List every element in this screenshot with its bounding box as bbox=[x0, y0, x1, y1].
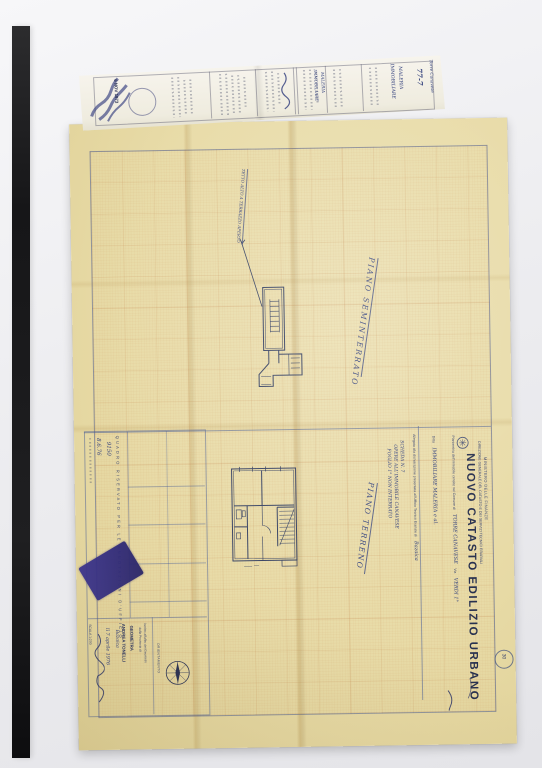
ditta-line: Ditta IMMOBILIARE MALERIA e al. bbox=[424, 428, 446, 698]
mod-circle: 30 bbox=[494, 650, 513, 669]
photo-left-edge-strip bbox=[12, 26, 30, 758]
via-label: Via bbox=[453, 568, 457, 573]
handwriting-squiggle bbox=[277, 71, 293, 112]
surveyor-title: GEOMETRA bbox=[129, 626, 135, 710]
surveyor-signature bbox=[91, 630, 105, 706]
receipt-ref: 77-7 bbox=[415, 68, 426, 106]
comune-value: TORRE CANAVESE bbox=[451, 514, 458, 564]
title-block: MINISTERO DELLE FINANZE DIREZIONE GENERA… bbox=[418, 425, 494, 700]
orientation-label: ORIENTAMENTO bbox=[156, 643, 161, 707]
micro-text bbox=[89, 438, 92, 484]
allegata-label: Allegata alla dichiarazione presentata a… bbox=[412, 434, 418, 537]
surveyor-name: ANDREA TONELLI bbox=[121, 624, 127, 710]
planimetry-sheet: TETTO ALTO A TERRAZZO APERTO PIANO SEMIN… bbox=[69, 118, 517, 751]
seminterrato-floor-plan bbox=[258, 287, 303, 387]
ditta-label: Ditta bbox=[432, 436, 436, 443]
office-ref-number: 9150 bbox=[105, 442, 112, 486]
allegata-line: Allegata alla dichiarazione presentata a… bbox=[405, 428, 427, 698]
mod-number: 30 bbox=[500, 654, 506, 660]
cert-divider bbox=[88, 616, 207, 619]
compass-icon bbox=[164, 655, 193, 693]
planimetria-line: Planimetria dell'immobile censito nel Co… bbox=[444, 427, 466, 697]
albo-line-1: iscritto all'albo dei Geometri bbox=[143, 623, 148, 709]
photo-of-cadastral-document: 6 NOV 1973 IMMOBILIARE MALERIA IMMOBILIA… bbox=[0, 0, 542, 768]
office-ref-date: 8.6.76 bbox=[95, 438, 102, 494]
ute-value: Bazaica bbox=[413, 541, 419, 561]
purple-ink-stamp bbox=[78, 541, 144, 601]
via-value: VERDI 1° bbox=[452, 578, 458, 602]
cert-column-line bbox=[152, 617, 155, 714]
leader-line bbox=[241, 240, 262, 306]
terreno-floor-plan bbox=[232, 466, 298, 567]
office-annotations-box: QUADRO RISERVATO PER LE ANNOTAZIONI D'UF… bbox=[84, 429, 210, 717]
ditta-value: IMMOBILIARE MALERIA e al. bbox=[431, 447, 438, 524]
planimetria-label: Planimetria dell'immobile censito nel Co… bbox=[451, 435, 456, 509]
